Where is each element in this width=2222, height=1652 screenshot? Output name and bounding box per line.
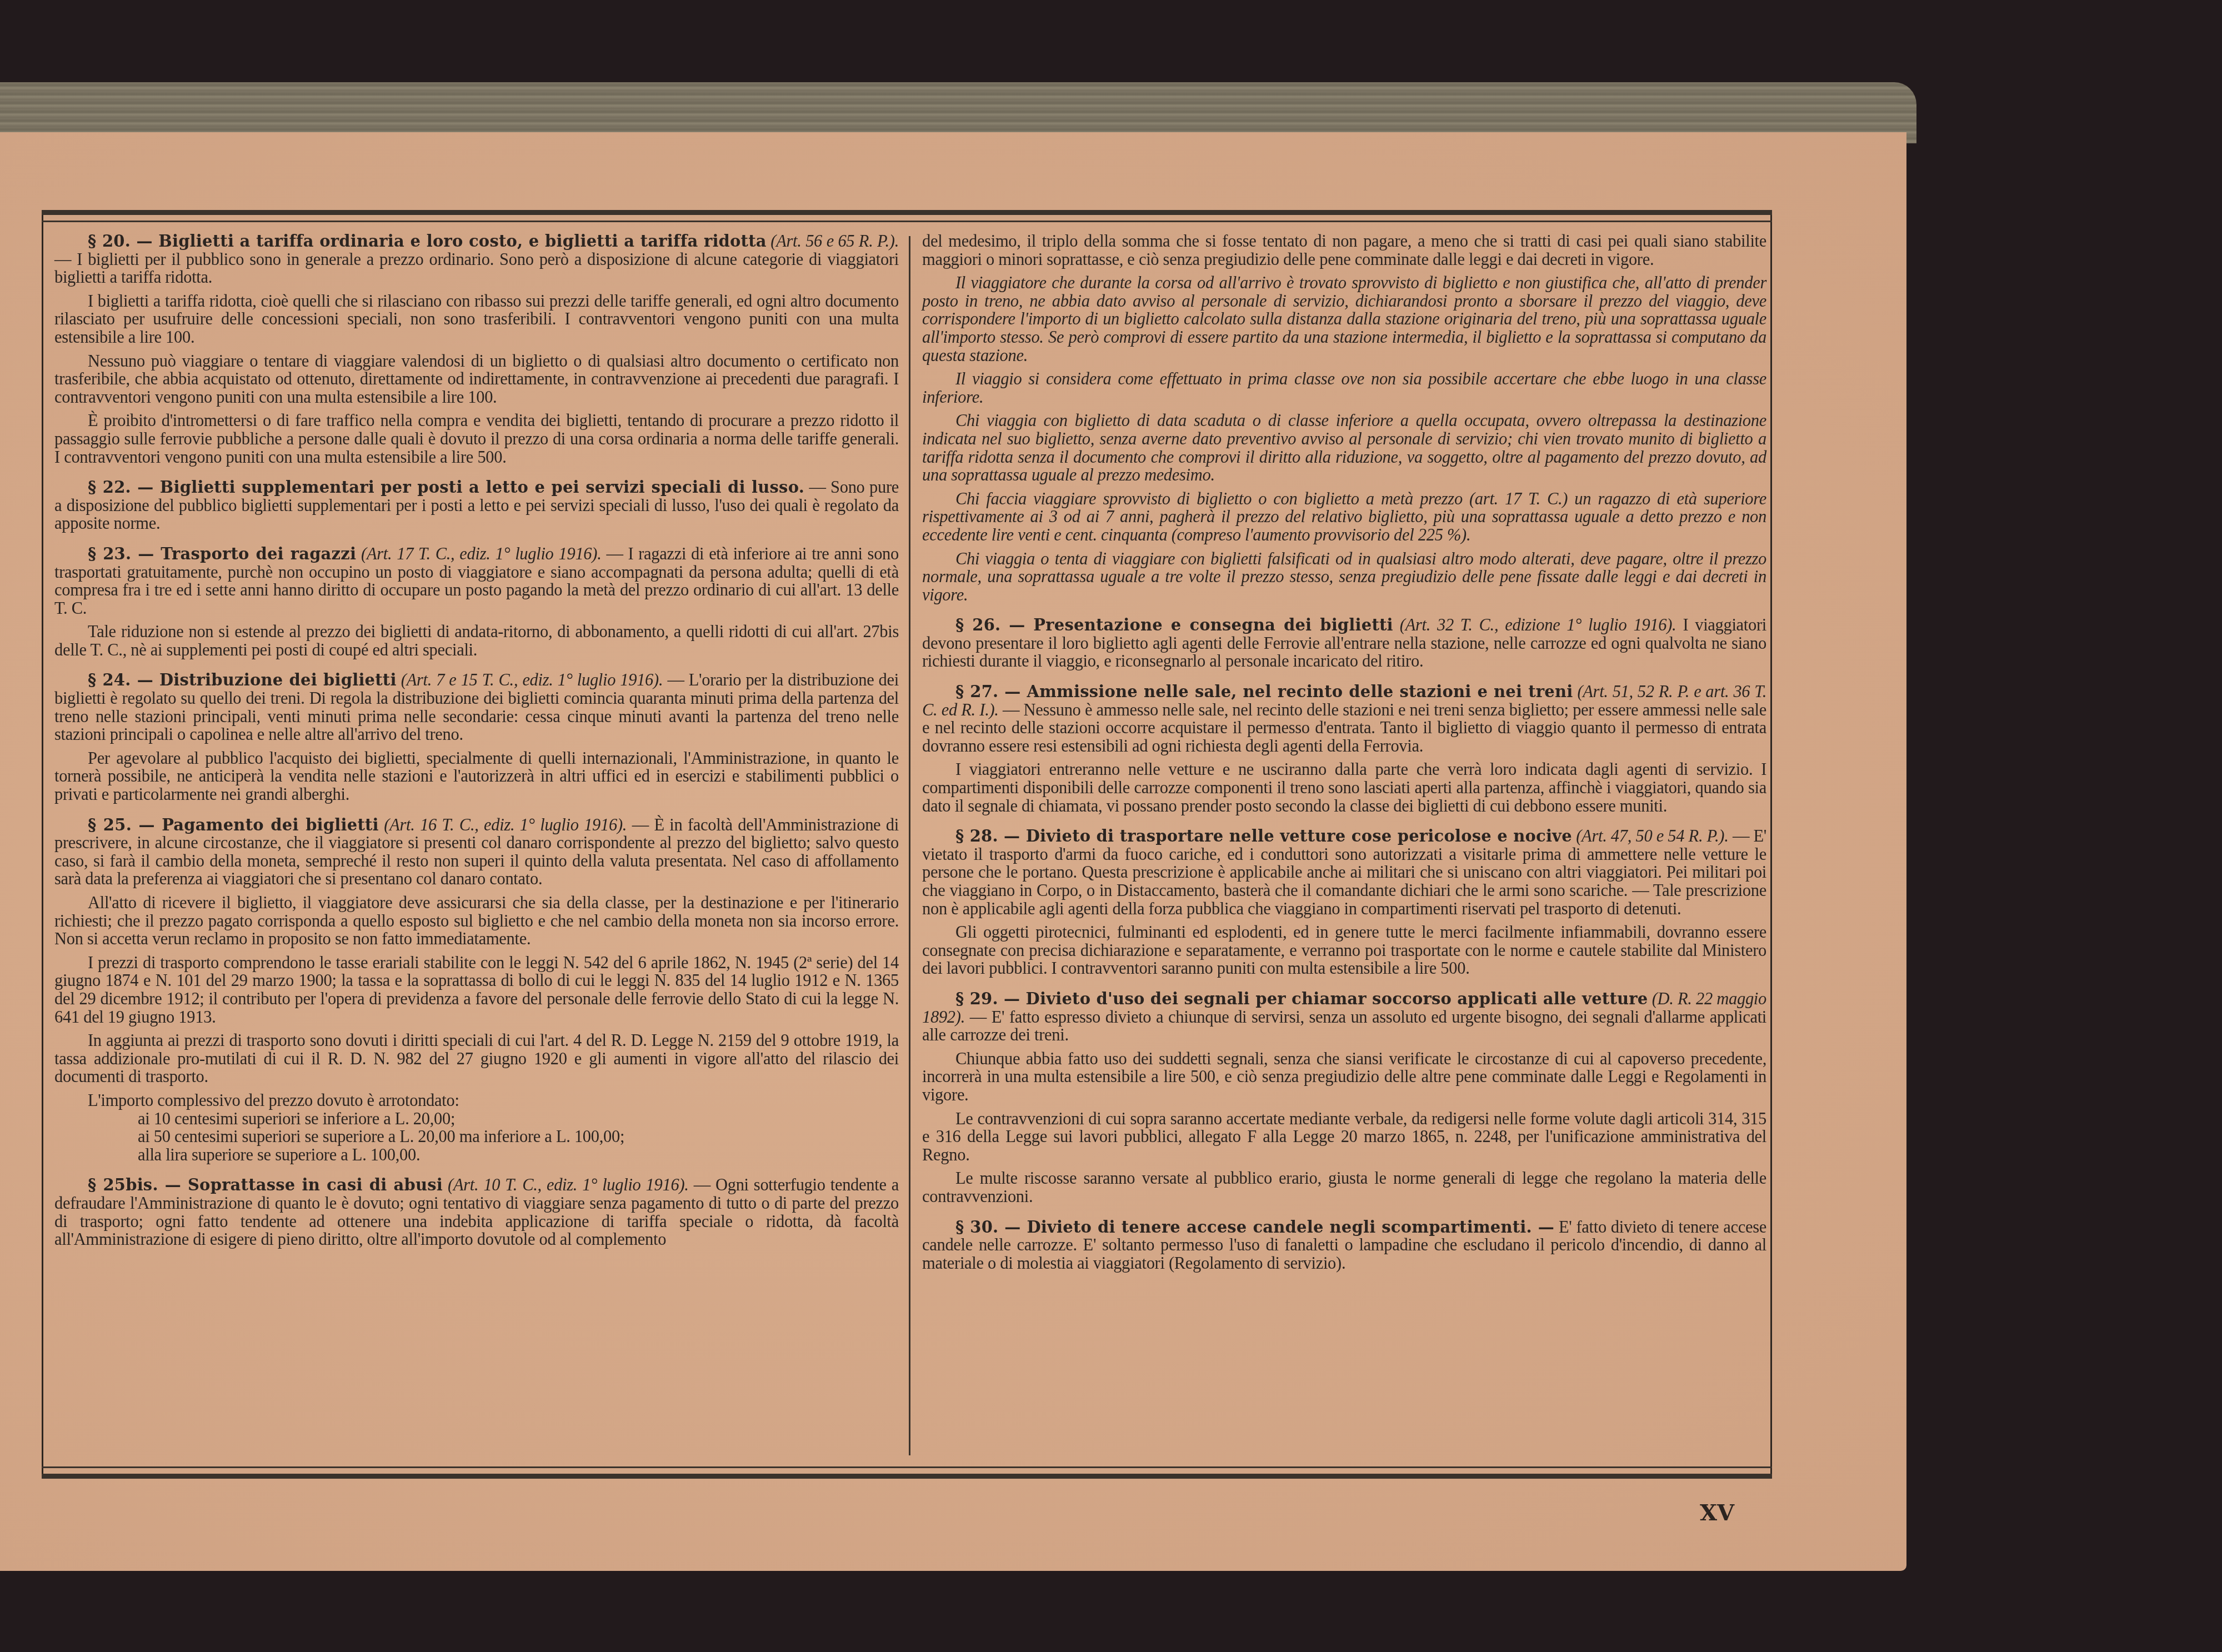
paragraph: Il viaggio si considera come effettuato …	[922, 370, 1766, 406]
section-heading: § 23. — Trasporto dei ragazzi	[88, 544, 356, 563]
paragraph: Tale riduzione non si estende al prezzo …	[54, 623, 899, 659]
rounding-item: alla lira superiore se superiore a L. 10…	[138, 1146, 899, 1164]
paragraph: È proibito d'intromettersi o di fare tra…	[54, 412, 899, 466]
section-24: § 24. — Distribuzione dei biglietti (Art…	[54, 671, 899, 743]
paragraph: Le multe riscosse saranno versate al pub…	[922, 1169, 1766, 1205]
paragraph: — Nessuno è ammesso nelle sale, nel reci…	[922, 700, 1766, 755]
section-heading: § 27. — Ammissione nelle sale, nel recin…	[955, 682, 1573, 701]
section-reference: (Art. 47, 50 e 54 R. P.).	[1576, 827, 1728, 845]
section-27: § 27. — Ammissione nelle sale, nel recin…	[922, 683, 1766, 755]
section-heading: § 25. — Pagamento dei biglietti	[88, 815, 379, 834]
section-25bis: § 25bis. — Soprattasse in casi di abusi …	[54, 1176, 899, 1248]
section-29: § 29. — Divieto d'uso dei segnali per ch…	[922, 990, 1766, 1044]
section-heading: § 28. — Divieto di trasportare nelle vet…	[955, 827, 1572, 845]
paragraph: — I biglietti per il pubblico sono in ge…	[54, 250, 899, 287]
section-reference: (Art. 10 T. C., ediz. 1° luglio 1916).	[448, 1175, 689, 1194]
paragraph: Nessuno può viaggiare o tentare di viagg…	[54, 352, 899, 407]
paragraph: In aggiunta ai prezzi di trasporto sono …	[54, 1032, 899, 1086]
top-double-rule	[42, 210, 1772, 222]
paragraph: All'atto di ricevere il biglietto, il vi…	[54, 894, 899, 948]
bottom-double-rule	[42, 1466, 1772, 1479]
section-reference: (Art. 7 e 15 T. C., ediz. 1° luglio 1916…	[401, 670, 663, 689]
right-column: del medesimo, il triplo della somma che …	[922, 232, 1766, 1278]
section-30: § 30. — Divieto di tenere accese candele…	[922, 1218, 1766, 1273]
paragraph: I viaggiatori entreranno nelle vetture e…	[922, 760, 1766, 815]
section-28: § 28. — Divieto di trasportare nelle vet…	[922, 827, 1766, 918]
paragraph: Il viaggiatore che durante la corsa od a…	[922, 274, 1766, 364]
section-heading: § 20. — Biglietti a tariffa ordinaria e …	[88, 232, 767, 251]
section-23: § 23. — Trasporto dei ragazzi (Art. 17 T…	[54, 545, 899, 617]
paragraph: Le contravvenzioni di cui sopra saranno …	[922, 1110, 1766, 1164]
column-divider	[909, 236, 910, 1455]
section-reference: (Art. 16 T. C., ediz. 1° luglio 1916).	[384, 815, 627, 834]
left-column: § 20. — Biglietti a tariffa ordinaria e …	[54, 232, 899, 1254]
section-reference: (Art. 56 e 65 R. P.).	[770, 232, 899, 251]
section-heading: § 29. — Divieto d'uso dei segnali per ch…	[955, 989, 1648, 1008]
page-number: XV	[1700, 1500, 1734, 1526]
section-20: § 20. — Biglietti a tariffa ordinaria e …	[54, 232, 899, 287]
paragraph: Chi viaggia o tenta di viaggiare con big…	[922, 550, 1766, 604]
section-26: § 26. — Presentazione e consegna dei big…	[922, 616, 1766, 670]
section-heading: § 24. — Distribuzione dei biglietti	[88, 670, 397, 689]
paragraph: Gli oggetti pirotecnici, fulminanti ed e…	[922, 923, 1766, 978]
paragraph: L'importo complessivo del prezzo dovuto …	[54, 1092, 899, 1110]
paragraph: I biglietti a tariffa ridotta, cioè quel…	[54, 292, 899, 347]
section-22: § 22. — Biglietti supplementari per post…	[54, 478, 899, 533]
section-heading: § 26. — Presentazione e consegna dei big…	[955, 615, 1393, 634]
paragraph: I prezzi di trasporto comprendono le tas…	[54, 954, 899, 1026]
rounding-item: ai 50 centesimi superiori se superiore a…	[138, 1128, 899, 1146]
paragraph: — E' fatto espresso divieto a chiunque d…	[922, 1008, 1766, 1045]
section-heading: § 30. — Divieto di tenere accese candele…	[955, 1218, 1554, 1237]
rounding-item: ai 10 centesimi superiori se inferiore a…	[138, 1110, 899, 1128]
paragraph: Per agevolare al pubblico l'acquisto dei…	[54, 749, 899, 804]
section-heading: § 22. — Biglietti supplementari per post…	[88, 478, 804, 497]
paragraph: del medesimo, il triplo della somma che …	[922, 232, 1766, 268]
paragraph: Chi faccia viaggiare sprovvisto di bigli…	[922, 490, 1766, 544]
paragraph: Chiunque abbia fatto uso dei suddetti se…	[922, 1050, 1766, 1104]
paragraph: Chi viaggia con biglietto di data scadut…	[922, 412, 1766, 484]
rounding-list: ai 10 centesimi superiori se inferiore a…	[138, 1110, 899, 1164]
section-reference: (Art. 32 T. C., edizione 1° luglio 1916)…	[1400, 615, 1676, 634]
section-25: § 25. — Pagamento dei biglietti (Art. 16…	[54, 816, 899, 888]
section-heading: § 25bis. — Soprattasse in casi di abusi	[88, 1175, 443, 1194]
section-reference: (Art. 17 T. C., ediz. 1° luglio 1916).	[361, 544, 601, 563]
